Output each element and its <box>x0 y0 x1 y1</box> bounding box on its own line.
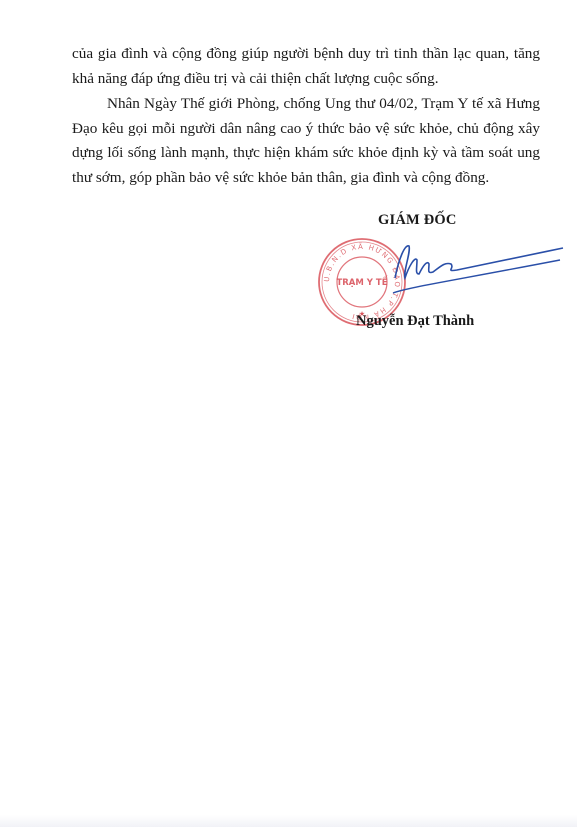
signature-icon <box>385 238 565 298</box>
scan-bottom-edge <box>0 815 577 827</box>
paragraph-support-conclusion: của gia đình và cộng đồng giúp người bện… <box>72 42 540 91</box>
paragraph-call-to-action: Nhân Ngày Thế giới Phòng, chống Ung thư … <box>72 92 540 190</box>
stamp-center-text: TRẠM Y TẾ <box>336 275 387 288</box>
signer-title: GIÁM ĐỐC <box>378 212 457 229</box>
signer-name: Nguyễn Đạt Thành <box>356 313 474 330</box>
document-page: của gia đình và cộng đồng giúp người bện… <box>0 0 577 827</box>
